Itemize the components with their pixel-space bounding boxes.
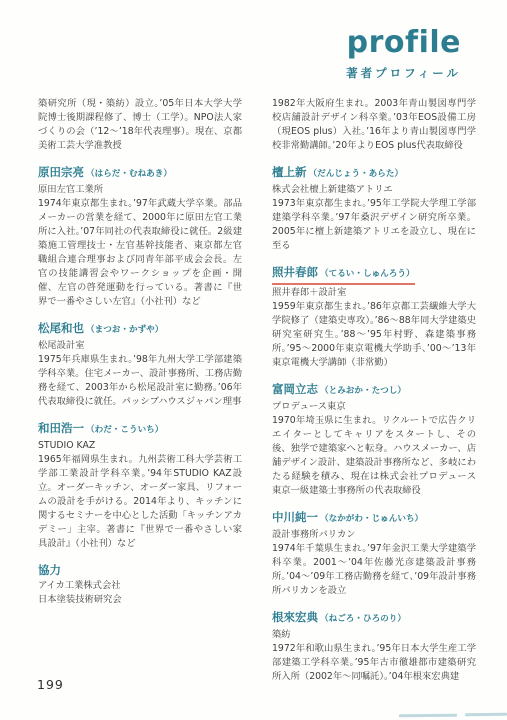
profile-furigana: （ねごろ・ひろのり） [320, 614, 406, 624]
profile-name: 和田浩一 [38, 421, 84, 435]
profile-columns: 築研究所（現・築紡）設立。’05年日本大学大学院博士後期課程修了、博士（工学）。… [38, 97, 476, 684]
profile-name: 中川純一 [272, 510, 318, 524]
profile-entry: 和田浩一（わだ・こういち） STUDIO KAZ 1965年福岡県生まれ。九州芸… [38, 421, 242, 551]
profile-org: 照井春郎＋設計室 [272, 286, 476, 300]
profile-bio: 1959年東京都生まれ。’86年京都工芸繊維大学大学院修了（建築史専攻）。’86… [272, 300, 476, 370]
profile-bio: 1972年和歌山県生まれ。’95年日本大学生産工学部建築工学科卒業。’95年古市… [272, 642, 476, 684]
profile-bio: 1965年福岡県生まれ。九州芸術工科大学芸術工学部工業設計学科卒業。’94年ST… [38, 453, 242, 551]
page-title: profile [346, 28, 461, 58]
profile-name: 照井春郎 [272, 265, 318, 279]
book-page: profile 著者プロフィール 築研究所（現・築紡）設立。’05年日本大学大学… [0, 0, 507, 720]
profile-name: 富岡立志 [272, 382, 318, 396]
profile-entry: 松尾和也（まつお・かずや） 松尾設計室 1975年兵庫県生まれ。’98年九州大学… [38, 321, 242, 409]
profile-bio: 1974年千葉県生まれ。’97年金沢工業大学建築学科卒業。2001〜’04年佐藤… [272, 542, 476, 598]
profile-heading: 檀上新（だんじょう・あらた） [272, 165, 476, 182]
profile-bio: 1975年兵庫県生まれ。’98年九州大学工学部建築学科卒業。住宅メーカー、設計事… [38, 353, 242, 409]
profile-entry: 照井春郎（てるい・しゅんろう） 照井春郎＋設計室 1959年東京都生まれ。’86… [272, 265, 476, 370]
profile-heading: 松尾和也（まつお・かずや） [38, 321, 242, 338]
profile-entry: 中川純一（なかがわ・じゅんいち） 設計事務所バリカン 1974年千葉県生まれ。’… [272, 510, 476, 598]
cooperation-heading: 協力 [38, 563, 242, 578]
profile-entry: 原田宗亮（はらだ・むねあき） 原田左官工業所 1974年東京都生まれ。’97年武… [38, 165, 242, 309]
profile-entry: 檀上新（だんじょう・あらた） 株式会社檀上新建築アトリエ 1973年東京都生まれ… [272, 165, 476, 253]
profile-entry: 富岡立志（とみおか・たつし） プロデュース東京 1970年埼玉県に生まれ。リクル… [272, 382, 476, 498]
profile-bio: 1974年東京都生まれ。’97年武蔵大学卒業。部品メーカーの営業を経て、2000… [38, 197, 242, 309]
scan-artifact-dash [399, 714, 457, 718]
profile-heading: 根來宏典（ねごろ・ひろのり） [272, 610, 476, 627]
profile-org: 設計事務所バリカン [272, 528, 476, 542]
profile-name: 原田宗亮 [38, 165, 84, 179]
profile-furigana: （なかがわ・じゅんいち） [320, 514, 423, 524]
profile-furigana: （だんじょう・あらた） [309, 169, 404, 179]
profile-furigana: （てるい・しゅんろう） [320, 269, 415, 279]
profile-name: 松尾和也 [38, 321, 84, 335]
scan-artifact-dash [465, 713, 507, 716]
profile-furigana: （わだ・こういち） [86, 425, 163, 435]
profile-org: 原田左官工業所 [38, 183, 242, 197]
intro-paragraph: 築研究所（現・築紡）設立。’05年日本大学大学院博士後期課程修了、博士（工学）。… [38, 97, 242, 153]
profile-bio: 1970年埼玉県に生まれ。リクルートで広告クリエイターとしてキャリアをスタートし… [272, 414, 476, 498]
profile-org: プロデュース東京 [272, 400, 476, 414]
right-column: 1982年大阪府生まれ。2003年青山製図専門学校店舗設計デザイン科卒業。’03… [272, 97, 476, 684]
profile-name: 檀上新 [272, 165, 307, 179]
profile-heading: 原田宗亮（はらだ・むねあき） [38, 165, 242, 182]
page-header: profile 著者プロフィール [346, 28, 461, 81]
profile-heading: 富岡立志（とみおか・たつし） [272, 382, 476, 399]
page-number: 199 [37, 677, 64, 692]
intro-paragraph: 1982年大阪府生まれ。2003年青山製図専門学校店舗設計デザイン科卒業。’03… [272, 97, 476, 153]
profile-bio: 1973年東京都生まれ。’95年工学院大学理工学部建築学科卒業。’97年桑沢デザ… [272, 197, 476, 253]
profile-org: 株式会社檀上新建築アトリエ [272, 183, 476, 197]
profile-furigana: （とみおか・たつし） [320, 386, 406, 396]
cooperation-line: 日本塗装技術研究会 [38, 593, 242, 607]
profile-name: 根來宏典 [272, 610, 318, 624]
profile-org: STUDIO KAZ [38, 439, 242, 453]
cooperation-section: 協力 アイカ工業株式会社 日本塗装技術研究会 [38, 563, 242, 607]
profile-org: 築紡 [272, 628, 476, 642]
profile-heading-underlined: 照井春郎（てるい・しゅんろう） [272, 265, 476, 285]
profile-entry: 根來宏典（ねごろ・ひろのり） 築紡 1972年和歌山県生まれ。’95年日本大学生… [272, 610, 476, 684]
page-subtitle: 著者プロフィール [346, 65, 461, 81]
profile-heading: 和田浩一（わだ・こういち） [38, 421, 242, 438]
profile-furigana: （まつお・かずや） [86, 325, 163, 335]
profile-org: 松尾設計室 [38, 339, 242, 353]
left-column: 築研究所（現・築紡）設立。’05年日本大学大学院博士後期課程修了、博士（工学）。… [38, 97, 242, 684]
cooperation-line: アイカ工業株式会社 [38, 579, 242, 593]
profile-furigana: （はらだ・むねあき） [86, 169, 172, 179]
profile-heading: 中川純一（なかがわ・じゅんいち） [272, 510, 476, 527]
